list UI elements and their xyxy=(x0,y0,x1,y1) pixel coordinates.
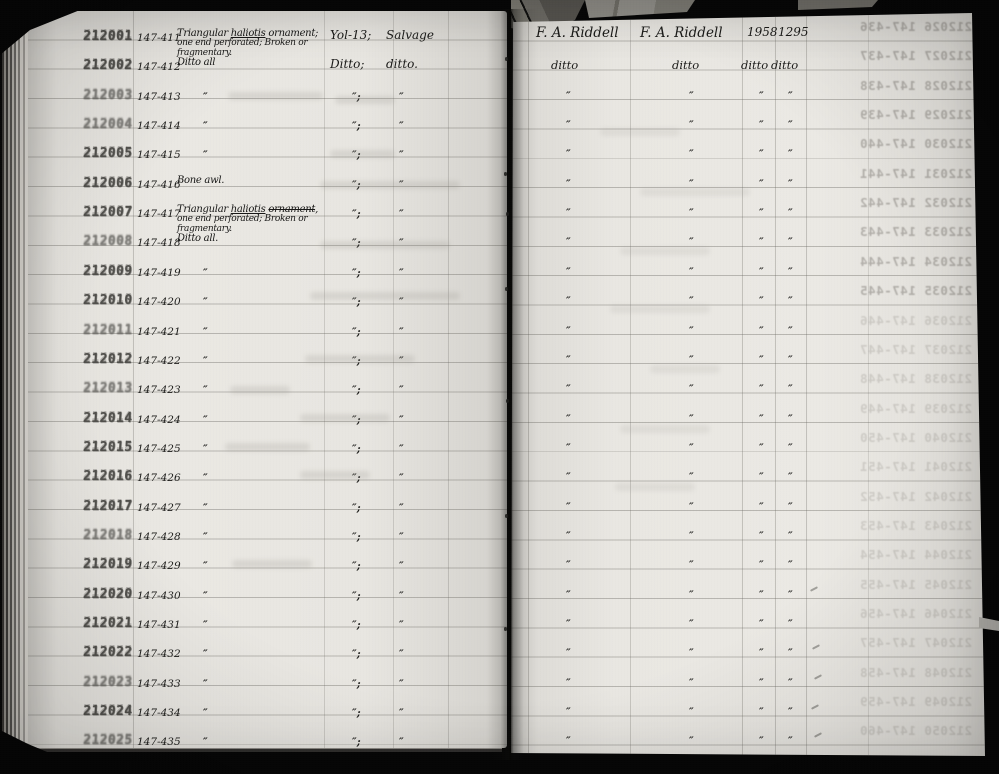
left-page xyxy=(28,11,507,748)
column-lines xyxy=(511,12,985,758)
background-object xyxy=(798,0,878,10)
ledger-photograph: 212026 147-436212027 147-437212028 147-4… xyxy=(0,0,999,774)
right-page xyxy=(511,12,985,758)
column-lines xyxy=(28,11,507,748)
background-object xyxy=(585,0,695,18)
page-stack-edge xyxy=(0,5,30,762)
